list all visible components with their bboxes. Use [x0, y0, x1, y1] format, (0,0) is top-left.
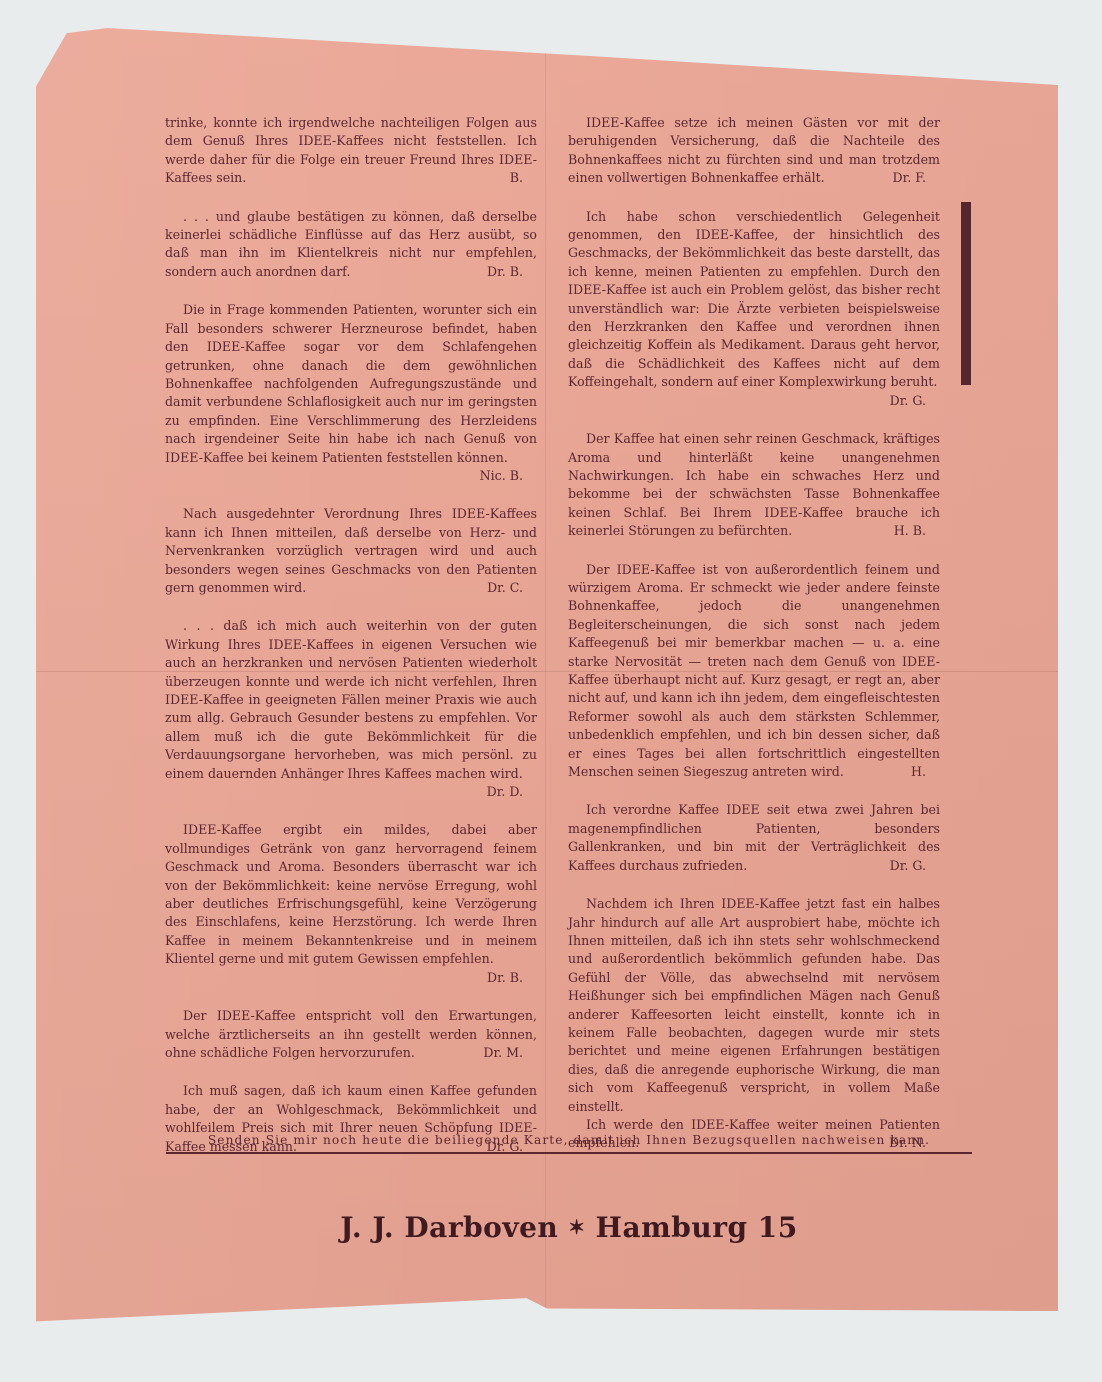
brand-line: J. J. Darboven✶Hamburg 15 [166, 1211, 972, 1244]
testimonial-text: Der IDEE-Kaffee ist von außerordentlich … [568, 561, 940, 782]
testimonial-signature: Dr. G. [568, 392, 940, 410]
testimonial: Ich habe schon verschiedentlich Gelegenh… [568, 208, 940, 410]
testimonial-signature: Dr. D. [165, 783, 537, 801]
testimonial: IDEE-Kaffee ergibt ein mildes, dabei abe… [165, 821, 537, 987]
testimonial: . . . und glaube bestätigen zu können, d… [165, 208, 537, 282]
testimonial: . . . daß ich mich auch weiterhin von de… [165, 617, 537, 801]
testimonial-text: Die in Frage kommenden Patienten, worunt… [165, 301, 537, 467]
testimonial: Die in Frage kommenden Patienten, worunt… [165, 301, 537, 485]
testimonial-text: Ich verordne Kaffee IDEE seit etwa zwei … [568, 801, 940, 875]
testimonial: IDEE-Kaffee setze ich meinen Gästen vor … [568, 114, 940, 188]
testimonial-text: IDEE-Kaffee setze ich meinen Gästen vor … [568, 114, 940, 188]
testimonial-signature: Dr. B. [165, 969, 537, 987]
testimonial-text: trinke, konnte ich irgendwelche nachteil… [165, 114, 537, 188]
right-column: IDEE-Kaffee setze ich meinen Gästen vor … [568, 114, 940, 1173]
testimonial: Der Kaffee hat einen sehr reinen Geschma… [568, 430, 940, 540]
vertical-fold-line [545, 28, 546, 1324]
testimonial-text: . . . daß ich mich auch weiterhin von de… [165, 617, 537, 783]
testimonial: Nach ausgedehnter Verordnung Ihres IDEE-… [165, 505, 537, 597]
testimonial-text: Der IDEE-Kaffee entspricht voll den Erwa… [165, 1007, 537, 1062]
highlight-bar [961, 202, 971, 385]
left-column: trinke, konnte ich irgendwelche nachteil… [165, 114, 537, 1176]
divider-rule [166, 1152, 972, 1154]
testimonial-text: Nachdem ich Ihren IDEE-Kaffee jetzt fast… [568, 895, 940, 1116]
city-name: Hamburg 15 [596, 1211, 798, 1244]
testimonial-text: IDEE-Kaffee ergibt ein mildes, dabei abe… [165, 821, 537, 968]
testimonial: Der IDEE-Kaffee ist von außerordentlich … [568, 561, 940, 782]
testimonial: Ich verordne Kaffee IDEE seit etwa zwei … [568, 801, 940, 875]
testimonial-text: . . . und glaube bestätigen zu können, d… [165, 208, 537, 282]
testimonial-signature: Nic. B. [165, 467, 537, 485]
call-to-action: Senden Sie mir noch heute die beiliegend… [166, 1133, 972, 1147]
testimonial-text: Nach ausgedehnter Verordnung Ihres IDEE-… [165, 505, 537, 597]
flyer-page: trinke, konnte ich irgendwelche nachteil… [36, 28, 1058, 1324]
testimonial: trinke, konnte ich irgendwelche nachteil… [165, 114, 537, 188]
testimonial-text: Ich habe schon verschiedentlich Gelegenh… [568, 208, 940, 392]
company-name: J. J. Darboven [340, 1211, 558, 1244]
testimonial: Nachdem ich Ihren IDEE-Kaffee jetzt fast… [568, 895, 940, 1153]
star-separator-icon: ✶ [568, 1215, 585, 1239]
testimonial-text: Der Kaffee hat einen sehr reinen Geschma… [568, 430, 940, 540]
testimonial: Der IDEE-Kaffee entspricht voll den Erwa… [165, 1007, 537, 1062]
